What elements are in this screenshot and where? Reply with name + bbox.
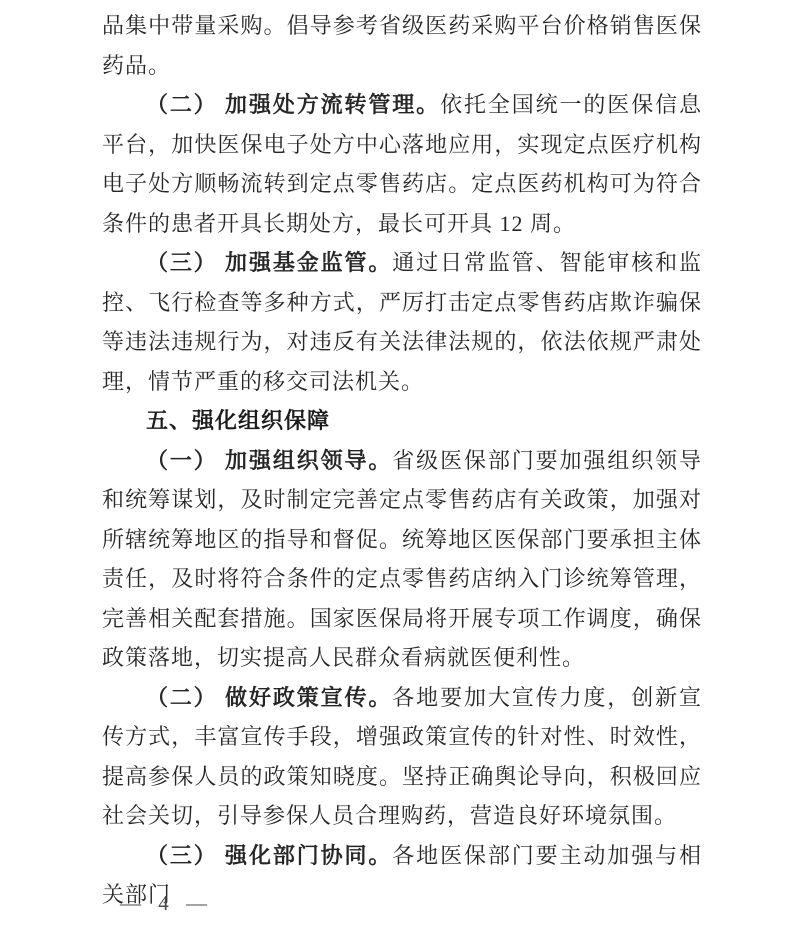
- section-heading: 五、强化组织保障: [102, 401, 702, 441]
- document-body: 品集中带量采购。倡导参考省级医药采购平台价格销售医保药品。 （二） 加强处方流转…: [102, 6, 702, 915]
- paragraph-lead: （三） 强化部门协同。: [146, 843, 392, 868]
- paragraph-lead: （一） 加强组织领导。: [146, 448, 392, 473]
- paragraph-text: 品集中带量采购。倡导参考省级医药采购平台价格销售医保药品。: [102, 13, 702, 78]
- paragraph-lead: （二） 加强处方流转管理。: [146, 92, 440, 117]
- section-heading-text: 五、强化组织保障: [146, 408, 330, 433]
- paragraph-continuation: 品集中带量采购。倡导参考省级医药采购平台价格销售医保药品。: [102, 6, 702, 85]
- paragraph-lead: （二） 做好政策宣传。: [146, 685, 392, 710]
- paragraph-policy-publicity: （二） 做好政策宣传。各地要加大宣传力度，创新宣传方式，丰富宣传手段，增强政策宣…: [102, 678, 702, 836]
- paragraph-text: 省级医保部门要加强组织领导和统筹谋划，及时制定完善定点零售药店有关政策，加强对所…: [102, 448, 702, 671]
- paragraph-fund-supervision: （三） 加强基金监管。通过日常监管、智能审核和监控、飞行检查等多种方式，严厉打击…: [102, 243, 702, 401]
- document-page: 品集中带量采购。倡导参考省级医药采购平台价格销售医保药品。 （二） 加强处方流转…: [0, 0, 800, 925]
- paragraph-lead: （三） 加强基金监管。: [146, 250, 392, 275]
- paragraph-prescription-transfer: （二） 加强处方流转管理。依托全国统一的医保信息平台，加快医保电子处方中心落地应…: [102, 85, 702, 243]
- paragraph-organizational-leadership: （一） 加强组织领导。省级医保部门要加强组织领导和统筹谋划，及时制定完善定点零售…: [102, 441, 702, 678]
- page-number: — 4 —: [120, 891, 208, 916]
